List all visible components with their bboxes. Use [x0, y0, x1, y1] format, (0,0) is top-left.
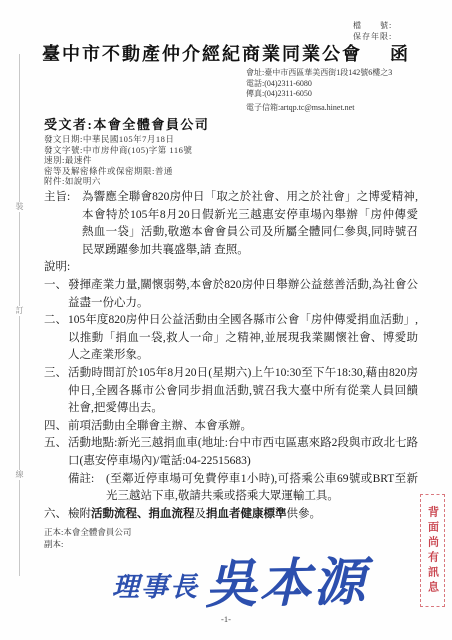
- letter-body: 主旨: 為響應全聯會820房仲日「取之於社會、用之於社會」之博愛精神,本會特於1…: [44, 189, 418, 523]
- item-number: 二、: [44, 312, 68, 365]
- chairman-signature: 理事長 吳本源: [112, 541, 367, 616]
- item-text: 前項活動由全聯會主辦、本會承辦。: [68, 418, 418, 436]
- item6-bold-health: 捐血者健康標準: [206, 508, 287, 520]
- description-item-4: 四、 前項活動由全聯會主辦、本會承辦。: [44, 418, 418, 436]
- description-item-3: 三、 活動時間訂於105年8月20日(星期六)上午10:30至下午18:30,藉…: [44, 365, 418, 418]
- contact-email: 電子信箱:artqp.tc@msa.hinet.net: [246, 103, 392, 114]
- description-item-6: 六、 檢附活動流程、捐血流程及捐血者健康標準供參。: [44, 506, 418, 524]
- remark-label: 備註:: [68, 471, 106, 506]
- item-text: 發揮產業力量,關懷弱勢,本會於820房仲日舉辦公益慈善活動,為社會公益盡一份心力…: [68, 277, 418, 312]
- item-number: 五、: [44, 435, 68, 470]
- item6-bold-flows: 活動流程、捐血流程: [91, 508, 195, 520]
- item-number: 四、: [44, 418, 68, 436]
- contact-phone: 電話:(04)2311-6080: [246, 79, 392, 90]
- subject-text: 為響應全聯會820房仲日「取之於社會、用之於社會」之博愛精神,本會特於105年8…: [82, 189, 418, 259]
- item-number: 六、: [44, 506, 68, 524]
- item-text: 105年度820房仲日公益活動由全國各縣市公會「房仲傳愛捐血活動」,以推動「捐血…: [68, 312, 418, 365]
- item-number: 一、: [44, 277, 68, 312]
- binding-mark-ding: 訂: [13, 306, 26, 316]
- file-number-label: 檔 號:: [353, 20, 392, 31]
- description-item-2: 二、 105年度820房仲日公益活動由全國各縣市公會「房仲傳愛捐血活動」,以推動…: [44, 312, 418, 365]
- original-copy-line: 正本:本會全體會員公司: [44, 527, 131, 539]
- item-number: 三、: [44, 365, 68, 418]
- security-level: 密等及解密條件或保密期限:普通: [44, 166, 192, 177]
- recipient-line: 受文者:本會全體會員公司: [44, 114, 209, 133]
- contact-fax: 傳真:(04)2311-6050: [246, 89, 392, 100]
- item6-prefix: 檢附: [68, 508, 91, 520]
- parking-remark: 備註: (至鄰近停車場可免費停車1小時),可搭乘公車69號或BRT至新光三越站下…: [68, 471, 418, 506]
- recipient-value: 本會全體會員公司: [93, 117, 209, 132]
- description-item-5: 五、 活動地點:新光三越捐血車(地址:台中市西屯區惠來路2段與市政北七路口(惠安…: [44, 435, 418, 470]
- item-text: 檢附活動流程、捐血流程及捐血者健康標準供參。: [68, 506, 418, 524]
- item6-suffix: 供參。: [287, 508, 322, 520]
- organization-name: 臺中市不動產仲介經紀商業同業公會: [42, 44, 362, 64]
- contact-address: 會址:臺中市西區華美西街1段142號6樓之3: [246, 68, 392, 79]
- description-item-1: 一、 發揮產業力量,關懷弱勢,本會於820房仲日舉辦公益慈善活動,為社會公益盡一…: [44, 277, 418, 312]
- subject-label: 主旨:: [44, 189, 82, 259]
- doc-info-block: 發文日期:中華民國105年7月18日 發文字號:中市房仲商(105)字第 116…: [44, 134, 192, 187]
- remark-text: (至鄰近停車場可免費停車1小時),可搭乘公車69號或BRT至新光三越站下車,敬請…: [106, 471, 418, 506]
- binding-mark-xian: 線: [13, 470, 26, 480]
- item-text: 活動地點:新光三越捐血車(地址:台中市西屯區惠來路2段與市政北七路口(惠安停車場…: [68, 435, 418, 470]
- document-type: 函: [390, 44, 410, 64]
- subject-paragraph: 主旨: 為響應全聯會820房仲日「取之於社會、用之於社會」之博愛精神,本會特於1…: [44, 189, 418, 259]
- item-text: 活動時間訂於105年8月20日(星期六)上午10:30至下午18:30,藉由82…: [68, 365, 418, 418]
- description-label: 說明:: [44, 259, 418, 277]
- official-letter-page: 裝 訂 線 檔 號: 保存年限: 臺中市不動產仲介經紀商業同業公會函 會址:臺中…: [0, 0, 452, 640]
- contact-block: 會址:臺中市西區華美西街1段142號6樓之3 電話:(04)2311-6080 …: [246, 68, 392, 113]
- priority: 速別:最速件: [44, 155, 192, 166]
- page-number: -1-: [0, 614, 452, 624]
- binding-mark-zhuang: 裝: [13, 202, 26, 212]
- document-title: 臺中市不動產仲介經紀商業同業公會函: [0, 40, 452, 66]
- attachment-note: 附件:如說明六: [44, 176, 192, 187]
- recipient-label: 受文者:: [44, 117, 93, 132]
- reverse-side-notice: 背面尚有訊息: [420, 494, 445, 607]
- signature-name: 吳本源: [204, 540, 367, 618]
- archive-block: 檔 號: 保存年限:: [353, 20, 392, 42]
- signature-title: 理事長: [112, 565, 199, 604]
- item6-mid: 及: [195, 508, 207, 520]
- issue-date: 發文日期:中華民國105年7月18日: [44, 134, 192, 145]
- issue-number: 發文字號:中市房仲商(105)字第 116號: [44, 145, 192, 156]
